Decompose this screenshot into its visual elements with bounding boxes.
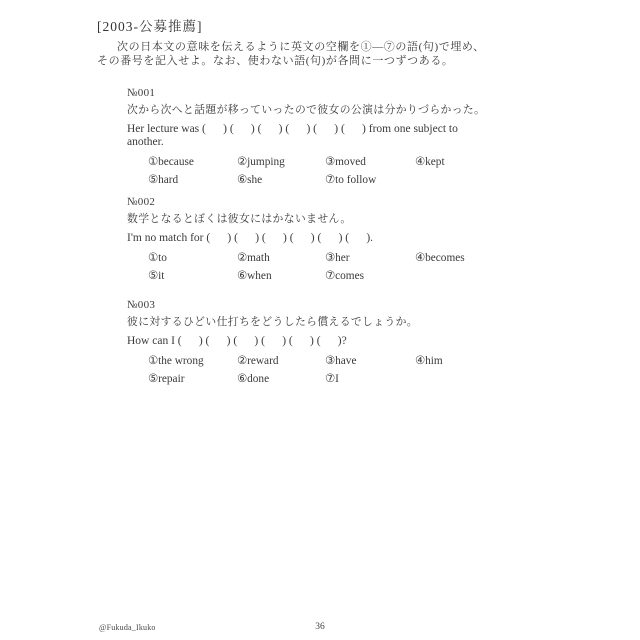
option-item: ③moved xyxy=(325,156,415,169)
instructions-line-2: その番号を記入せよ。なお、使わない語(句)が各問に一つずつある。 xyxy=(97,55,485,69)
question-japanese: 次から次へと話題が移っていったので彼女の公演は分かりづらかった。 xyxy=(127,104,495,117)
instructions: 次の日本文の意味を伝えるように英文の空欄を①―⑦の語(句)で埋め、 その番号を記… xyxy=(97,41,485,68)
option-item: ⑤hard xyxy=(148,174,237,187)
instructions-line-1: 次の日本文の意味を伝えるように英文の空欄を①―⑦の語(句)で埋め、 xyxy=(97,41,485,55)
question-english: I'm no match for ( ) ( ) ( ) ( ) ( ) ( )… xyxy=(127,232,495,245)
option-list: ①because ②jumping ③moved ④kept ⑤hard ⑥sh… xyxy=(148,156,495,187)
option-item: ④kept xyxy=(415,156,495,169)
option-item: ⑦to follow xyxy=(325,174,415,187)
question-block-002: №002 数学となるとぼくは彼女にはかないません。 I'm no match f… xyxy=(127,196,495,283)
option-item: ②reward xyxy=(237,355,325,368)
option-item: ④him xyxy=(415,355,495,368)
option-item: ⑦I xyxy=(325,373,415,386)
option-item: ①because xyxy=(148,156,237,169)
option-item: ⑤it xyxy=(148,270,237,283)
question-english: Her lecture was ( ) ( ) ( ) ( ) ( ) ( ) … xyxy=(127,123,495,149)
question-block-003: №003 彼に対するひどい仕打ちをどうしたら償えるでしょうか。 How can … xyxy=(127,299,495,386)
question-number: №001 xyxy=(127,87,495,100)
question-number: №003 xyxy=(127,299,495,312)
question-english: How can I ( ) ( ) ( ) ( ) ( ) ( )? xyxy=(127,335,495,348)
option-item: ⑥done xyxy=(237,373,325,386)
option-item: ⑥when xyxy=(237,270,325,283)
question-english-line: How can I ( ) ( ) ( ) ( ) ( ) ( )? xyxy=(127,335,495,348)
question-english-line: I'm no match for ( ) ( ) ( ) ( ) ( ) ( )… xyxy=(127,232,495,245)
option-item: ③her xyxy=(325,252,415,265)
page-number: 36 xyxy=(0,622,640,632)
page-title: [2003-公募推薦] xyxy=(97,15,203,35)
option-item: ②math xyxy=(237,252,325,265)
worksheet-page: [2003-公募推薦] 次の日本文の意味を伝えるように英文の空欄を①―⑦の語(句… xyxy=(0,0,640,640)
option-item: ①the wrong xyxy=(148,355,237,368)
question-number: №002 xyxy=(127,196,495,209)
option-item: ④becomes xyxy=(415,252,495,265)
option-item: ⑥she xyxy=(237,174,325,187)
option-item: ①to xyxy=(148,252,237,265)
question-english-line: another. xyxy=(127,136,495,149)
option-item: ②jumping xyxy=(237,156,325,169)
option-list: ①to ②math ③her ④becomes ⑤it ⑥when ⑦comes xyxy=(148,252,495,283)
question-english-line: Her lecture was ( ) ( ) ( ) ( ) ( ) ( ) … xyxy=(127,123,495,136)
question-japanese: 彼に対するひどい仕打ちをどうしたら償えるでしょうか。 xyxy=(127,316,495,329)
question-block-001: №001 次から次へと話題が移っていったので彼女の公演は分かりづらかった。 He… xyxy=(127,87,495,187)
option-item: ⑤repair xyxy=(148,373,237,386)
option-item: ③have xyxy=(325,355,415,368)
option-list: ①the wrong ②reward ③have ④him ⑤repair ⑥d… xyxy=(148,355,495,386)
option-item: ⑦comes xyxy=(325,270,415,283)
question-japanese: 数学となるとぼくは彼女にはかないません。 xyxy=(127,213,495,226)
